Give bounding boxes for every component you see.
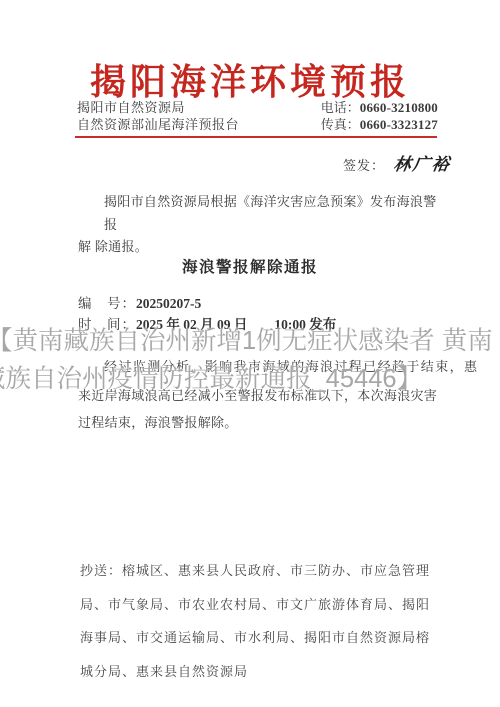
cc-line-4: 城分局、惠来县自然资源局 [80, 655, 432, 689]
phone-number: 0660-3210800 [360, 100, 438, 115]
contact-numbers: 电话：0660-3210800 传真：0660-3323127 [321, 100, 438, 133]
cc-block: 抄送：榕城区、惠来县人民政府、市三防办、市应急管理 局、市气象局、市农业农村局、… [80, 554, 432, 688]
issuer-label: 签发： [343, 155, 385, 174]
doc-number-value: 20250207-5 [136, 296, 201, 311]
intro-paragraph: 揭阳市自然资源局根据《海洋灾害应急预案》发布海浪警报 解 除通报。 [78, 191, 444, 259]
doc-number-row: 编 号：20250207-5 [78, 292, 201, 312]
document-page: 揭阳海洋环境预报 揭阳市自然资源局 自然资源部汕尾海洋预报台 电话：0660-3… [0, 0, 500, 707]
cc-line-3: 海事局、市交通运输局、市水利局、揭阳市自然资源局榕 [80, 621, 432, 655]
notice-body-line-3: 过程结束，海浪警报解除。 [78, 412, 238, 431]
org-names: 揭阳市自然资源局 自然资源部汕尾海洋预报台 [77, 100, 239, 133]
notice-title: 海浪警报解除通报 [0, 255, 500, 277]
masthead-title: 揭阳海洋环境预报 [0, 54, 500, 105]
fax-label: 传真： [321, 117, 360, 132]
phone-label: 电话： [321, 100, 360, 115]
overlay-headline-line-1: 【黄南藏族自治州新增1例无症状感染者 黄南 [0, 321, 493, 357]
fax-number: 0660-3323127 [360, 117, 438, 132]
doc-number-label: 编 号： [78, 296, 136, 311]
org-name-line1: 揭阳市自然资源局 [77, 100, 239, 117]
org-name-line2: 自然资源部汕尾海洋预报台 [77, 117, 239, 134]
fax-row: 传真：0660-3323127 [321, 117, 438, 134]
intro-line-1: 揭阳市自然资源局根据《海洋灾害应急预案》发布海浪警报 [78, 191, 444, 236]
overlay-headline-line-2: 藏族自治州疫情防控最新通报_45446】 [0, 359, 422, 395]
cc-line-2: 局、市气象局、市农业农村局、市文广旅游体育局、揭阳 [80, 588, 432, 622]
masthead-divider-rule [75, 136, 437, 138]
phone-row: 电话：0660-3210800 [321, 100, 438, 117]
cc-line-1: 抄送：榕城区、惠来县人民政府、市三防办、市应急管理 [80, 554, 432, 588]
issuer-row: 签发： 林广裕 [343, 150, 451, 175]
masthead-contact-block: 揭阳市自然资源局 自然资源部汕尾海洋预报台 电话：0660-3210800 传真… [77, 100, 438, 133]
issuer-signature: 林广裕 [392, 150, 453, 175]
